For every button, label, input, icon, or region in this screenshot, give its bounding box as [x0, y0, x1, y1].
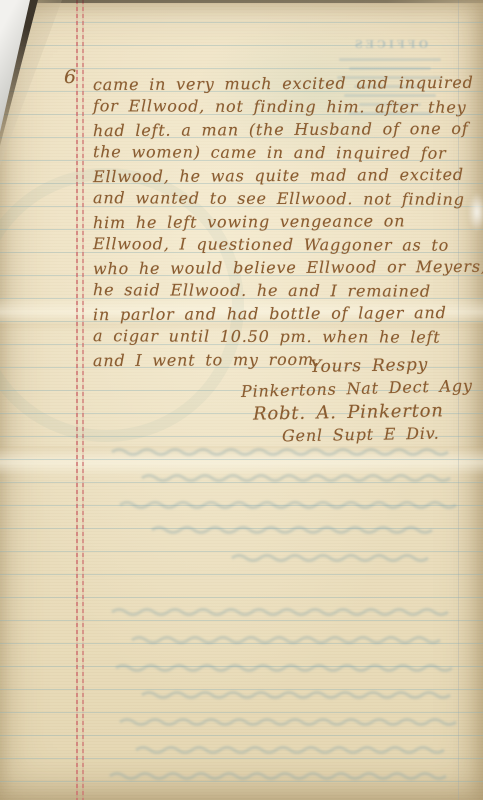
closing-title: Genl Supt E Div. — [282, 423, 440, 448]
bleedthrough-offices-text: OFFICES — [322, 38, 458, 51]
handwriting-line: him he left vowing vengeance on — [93, 209, 475, 234]
page-number: 6 — [64, 66, 76, 88]
margin-rule — [76, 0, 78, 800]
handwriting-line: a cigar until 10.50 pm. when he left — [93, 324, 475, 349]
handwriting-line: and wanted to see Ellwood. not finding — [93, 186, 475, 211]
bleedthrough-line — [339, 58, 441, 61]
handwriting-line: who he would believe Ellwood or Meyers, — [93, 255, 475, 280]
fold-crease-band — [0, 446, 483, 476]
document-photo: { "document": { "page_number": "6", "bod… — [0, 0, 483, 800]
closing-agency: Pinkertons Nat Dect Agy — [241, 375, 473, 403]
handwriting-line: Ellwood, I questioned Waggoner as to — [93, 232, 475, 257]
letter-page: OFFICES 6 came in very much excited and … — [0, 0, 483, 800]
closing-signature: Robt. A. Pinkerton — [253, 400, 444, 425]
handwriting-line: Ellwood, he was quite mad and excited — [93, 163, 475, 188]
handwriting-line: came in very much excited and inquired — [93, 71, 475, 96]
closing-salutation: Yours Respy — [310, 354, 428, 378]
margin-rule — [82, 0, 84, 800]
handwriting-line: for Ellwood, not finding him. after they — [93, 94, 475, 119]
handwriting-line: had left. a man (the Husband of one of — [93, 117, 475, 142]
letter-body: came in very much excited and inquired f… — [93, 72, 475, 371]
paper-edge-highlight — [468, 192, 483, 232]
photo-top-edge — [0, 0, 483, 3]
bleedthrough-line — [349, 67, 431, 70]
handwriting-line: the women) came in and inquired for — [93, 140, 475, 165]
handwriting-line: in parlor and had bottle of lager and — [93, 301, 475, 326]
handwriting-line: he said Ellwood. he and I remained — [93, 278, 475, 303]
